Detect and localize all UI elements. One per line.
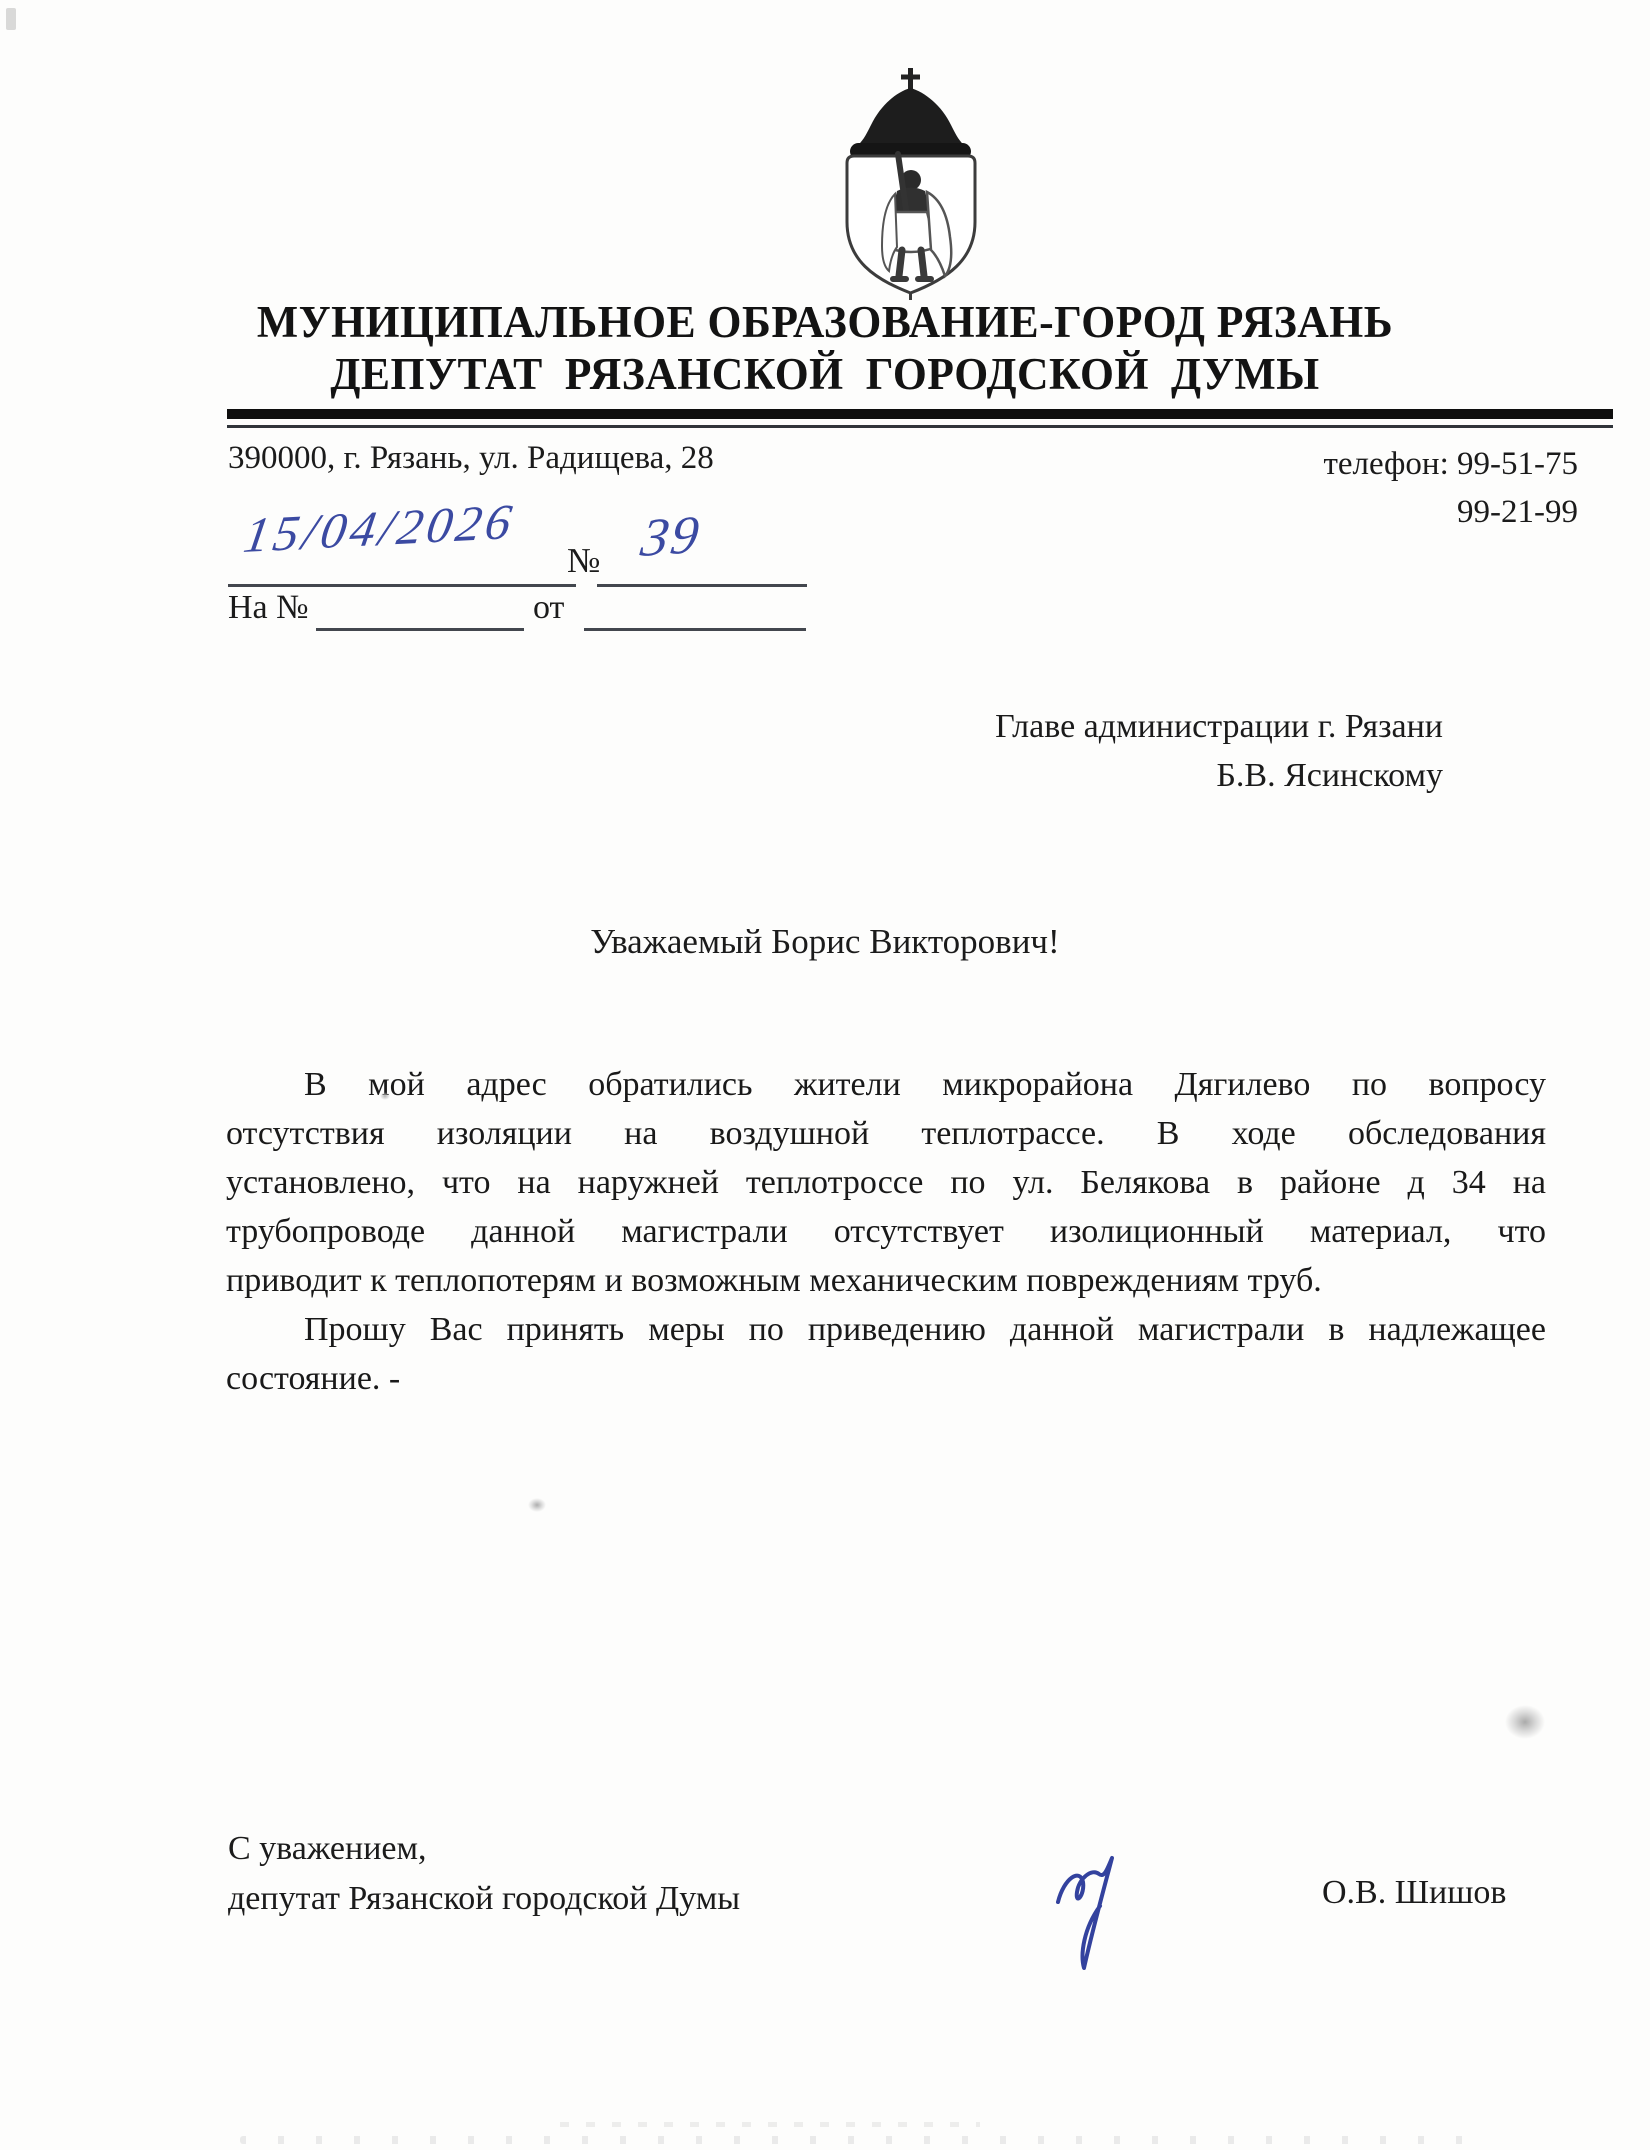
scan-speck [1505,1705,1545,1739]
reply-to-number-label: На № [228,589,309,627]
scan-edge-noise [240,2136,1490,2144]
number-underline [597,584,807,587]
letter-body: В мой адрес обратились жители микрорайон… [226,1060,1546,1403]
scan-edge-noise [560,2122,980,2127]
org-phones: телефон: 99-51-75 99-21-99 [1323,440,1578,536]
handwritten-date: 15/04/2026 [240,492,520,564]
letterhead: МУНИЦИПАЛЬНОЕ ОБРАЗОВАНИЕ-ГОРОД РЯЗАНЬ Д… [0,296,1650,400]
closing-respect-line: С уважением, [228,1824,740,1874]
divider-thin-line [227,425,1613,428]
phone-line-2: 99-21-99 [1323,488,1578,536]
date-underline [228,584,576,587]
phone-line-1: телефон: 99-51-75 [1323,440,1578,488]
body-line: состояние. - [226,1354,1546,1403]
body-line: Прошу Вас принять меры по приведению дан… [226,1305,1546,1354]
signer-name: О.В. Шишов [1322,1874,1506,1912]
divider-thick-bar [227,409,1613,419]
recipient-block: Главе администрации г. Рязани Б.В. Ясинс… [995,702,1443,800]
org-name-line2: ДЕПУТАТ РЯЗАНСКОЙ ГОРОДСКОЙ ДУМЫ [25,348,1626,400]
scanned-letter-page: МУНИЦИПАЛЬНОЕ ОБРАЗОВАНИЕ-ГОРОД РЯЗАНЬ Д… [0,0,1650,2150]
scan-speck [380,1092,390,1100]
body-line: установлено, что на наружней теплотроссе… [226,1158,1546,1207]
scan-speck [6,8,16,30]
body-line: трубопроводе данной магистрали отсутству… [226,1207,1546,1256]
number-sign-label: № [567,541,600,581]
org-name-line1: МУНИЦИПАЛЬНОЕ ОБРАЗОВАНИЕ-ГОРОД РЯЗАНЬ [25,296,1626,348]
header-divider [227,409,1613,428]
scan-speck [528,1498,546,1512]
recipient-name: Б.В. Ясинскому [995,751,1443,800]
recipient-title: Главе администрации г. Рязани [995,702,1443,751]
ryazan-coat-of-arms-icon [838,64,983,304]
reply-number-underline [316,628,524,631]
handwritten-outgoing-number: 39 [637,503,705,569]
body-line: В мой адрес обратились жители микрорайон… [226,1060,1546,1109]
closing-block: С уважением, депутат Рязанской городской… [228,1824,740,1924]
closing-position-line: депутат Рязанской городской Думы [228,1874,740,1924]
reply-from-label: от [533,589,564,627]
salutation: Уважаемый Борис Викторович! [0,922,1650,962]
body-line: приводит к теплопотерям и возможным меха… [226,1256,1546,1305]
body-line: отсутствия изоляции на воздушной теплотр… [226,1109,1546,1158]
org-address: 390000, г. Рязань, ул. Радищева, 28 [228,440,714,477]
handwritten-signature-icon [1040,1840,1200,1990]
reply-date-underline [584,628,806,631]
